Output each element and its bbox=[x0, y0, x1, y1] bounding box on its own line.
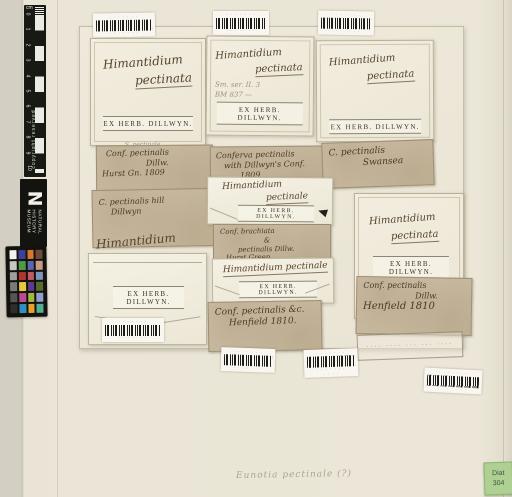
species-name: Himantidium bbox=[369, 212, 436, 228]
ruler-tick-label: 3 bbox=[24, 59, 30, 62]
aged-label-line: Dillw. bbox=[415, 291, 465, 301]
color-patch bbox=[9, 250, 16, 259]
color-checker-grid bbox=[9, 250, 43, 314]
museum-logo-panel: N NATURAL HISTORY MUSEUM bbox=[20, 179, 47, 247]
color-patch bbox=[19, 272, 26, 281]
species-epithet: pectinata bbox=[135, 71, 193, 90]
printed-herbarium-label: EX HERB. DILLWYN. bbox=[329, 119, 421, 134]
color-patch bbox=[36, 271, 43, 280]
aged-label-line: Conf. pectinalis bbox=[363, 281, 465, 291]
color-patch bbox=[36, 261, 43, 270]
ruler-tick-label: 1 bbox=[24, 28, 30, 31]
specimen-barcode: · · · · · · · · · · · · · · bbox=[423, 367, 482, 394]
ruler-tick-label: 4 bbox=[24, 74, 30, 77]
color-patch bbox=[36, 250, 43, 259]
printed-herbarium-label: EX HERB. DILLWYN. bbox=[239, 281, 317, 299]
printed-herbarium-label: EX HERB. DILLWYN. bbox=[217, 102, 303, 126]
specimen-envelope-mid-1: Himantidium pectinale EX HERB. DILLWYN. bbox=[207, 176, 333, 225]
envelope-flap-edge bbox=[210, 208, 238, 220]
color-patch bbox=[10, 304, 17, 313]
specimen-barcode: · · · · · · · · · · · · · · bbox=[102, 318, 164, 342]
aged-label-line: Hurst Gn. 1809 bbox=[102, 167, 207, 180]
color-patch bbox=[10, 283, 17, 292]
envelope-fold-line bbox=[93, 262, 202, 263]
ruler-tick-label: 2 bbox=[24, 43, 30, 46]
color-patch bbox=[10, 261, 17, 270]
species-epithet: pectinata bbox=[367, 69, 415, 85]
herbarium-sheet-photo: cm 012345678910 copyright reserved N NAT… bbox=[0, 0, 512, 497]
faint-stamp: ···· ···· ··· ··· ···· bbox=[357, 331, 464, 361]
ruler-tick-label: 6 bbox=[24, 105, 30, 108]
label-card-3: Himantidium pectinata EX HERB. DILLWYN. bbox=[316, 40, 435, 143]
species-epithet: pectinale bbox=[266, 191, 308, 205]
color-patch bbox=[27, 250, 34, 259]
color-patch bbox=[19, 283, 26, 292]
aged-label-line: Swansea bbox=[363, 155, 428, 170]
sheet-crease bbox=[57, 0, 58, 497]
species-name: Himantidium bbox=[222, 180, 282, 193]
species-name: Himantidium bbox=[215, 47, 282, 62]
copyright-text: copyright reserved bbox=[31, 107, 37, 171]
sheet-right-edge bbox=[503, 0, 504, 497]
envelope-flap-edge bbox=[215, 286, 240, 296]
museum-name: NATURAL HISTORY MUSEUM bbox=[26, 210, 43, 235]
color-patch bbox=[19, 304, 26, 313]
scale-ruler: cm 012345678910 copyright reserved bbox=[24, 5, 46, 177]
ruler-unit-label: cm bbox=[26, 5, 33, 11]
color-checker bbox=[5, 246, 47, 318]
ruler-tick-label: 7 bbox=[24, 120, 30, 123]
color-patch bbox=[36, 293, 43, 302]
printed-herbarium-label: EX HERB. DILLWYN. bbox=[103, 116, 193, 131]
species-epithet: pectinata bbox=[255, 62, 303, 77]
ruler-hatch-marks bbox=[35, 7, 44, 15]
pencil-note: Sm. ser. II. 3 bbox=[215, 81, 260, 89]
museum-logo-letter: N bbox=[25, 191, 44, 207]
specimen-barcode: · · · · · · · · · · · · · · bbox=[318, 11, 374, 36]
aged-label-line: Henfield 1810. bbox=[229, 316, 315, 330]
color-patch bbox=[18, 261, 25, 270]
aged-label-3: C. pectinalis Swansea bbox=[321, 139, 435, 189]
sticker-line: 304 bbox=[493, 478, 505, 487]
species-name: Himantidium pectinale bbox=[223, 261, 328, 278]
aged-label-line: Dillwyn bbox=[111, 204, 211, 217]
species-epithet: pectinata bbox=[391, 229, 439, 244]
color-patch bbox=[10, 272, 17, 281]
ruler-tick-label: 5 bbox=[24, 90, 30, 93]
label-card-1: Himantidium pectinata EX HERB. DILLWYN. bbox=[90, 38, 206, 146]
barcode-caption: · · · · · · · bbox=[96, 30, 152, 36]
aged-label-1: S. pectinale Conf. pectinalis Dillw. Hur… bbox=[96, 144, 213, 191]
aged-label-6: Conf. pectinalis &c. Henfield 1810. bbox=[208, 300, 323, 352]
pencil-note: BM 837 — bbox=[215, 91, 252, 99]
specimen-barcode: · · · · · · · · · · · · · · bbox=[213, 11, 269, 35]
pencil-annotation: Eunotia pectinale (?) bbox=[236, 469, 352, 481]
specimen-barcode: · · · · · · · · · · · · · · · · · · bbox=[304, 348, 359, 378]
color-patch bbox=[37, 304, 44, 313]
faint-stamp-text: ···· ···· ··· ··· ···· bbox=[358, 332, 463, 360]
barcode-caption: · · · · bbox=[307, 371, 355, 377]
barcode-caption: · · · · · · · bbox=[224, 365, 272, 371]
ruler-tick-label: 9 bbox=[24, 151, 30, 154]
species-name: Himantidium bbox=[329, 53, 396, 69]
species-name: Himantidium bbox=[103, 52, 184, 72]
color-patch bbox=[28, 282, 35, 291]
barcode-caption: · · · · · · · bbox=[105, 336, 161, 341]
label-card-2: Himantidium pectinata Sm. ser. II. 3 BM … bbox=[206, 36, 315, 137]
aged-label-7: Conf. pectinalis Dillw. Henfield 1810 bbox=[356, 276, 473, 336]
printed-herbarium-label: EX HERB. DILLWYN. bbox=[113, 286, 184, 309]
specimen-envelope-mid-2: Himantidium pectinale EX HERB. DILLWYN. bbox=[212, 257, 334, 304]
barcode-caption: · · · · · · · bbox=[216, 29, 266, 34]
color-patch bbox=[10, 293, 17, 302]
ruler-tick-label: 8 bbox=[24, 136, 30, 139]
color-patch bbox=[19, 293, 26, 302]
number-sticker: Diat 304 bbox=[483, 462, 512, 496]
color-patch bbox=[18, 250, 25, 259]
printed-herbarium-label: EX HERB. DILLWYN. bbox=[238, 205, 314, 223]
museum-name-line: NATURAL bbox=[37, 210, 43, 235]
aged-label-line: Henfield 1810 bbox=[363, 301, 465, 314]
specimen-barcode: · · · · · · · · · · · · · · bbox=[221, 347, 276, 372]
color-patch bbox=[36, 282, 43, 291]
barcode-caption: · · · · · · · bbox=[321, 28, 371, 34]
museum-logo: N NATURAL HISTORY MUSEUM bbox=[21, 179, 48, 247]
color-patch bbox=[27, 261, 34, 270]
color-patch bbox=[28, 304, 35, 313]
color-patch bbox=[27, 272, 34, 281]
sticker-line: Diat bbox=[492, 469, 505, 479]
color-patch bbox=[28, 293, 35, 302]
specimen-barcode: · · · · · · · · · · · · · · bbox=[93, 12, 155, 37]
museum-name-line: HISTORY bbox=[31, 210, 37, 235]
museum-name-line: MUSEUM bbox=[26, 210, 32, 235]
ruler-tick-label: 0 bbox=[24, 13, 30, 16]
